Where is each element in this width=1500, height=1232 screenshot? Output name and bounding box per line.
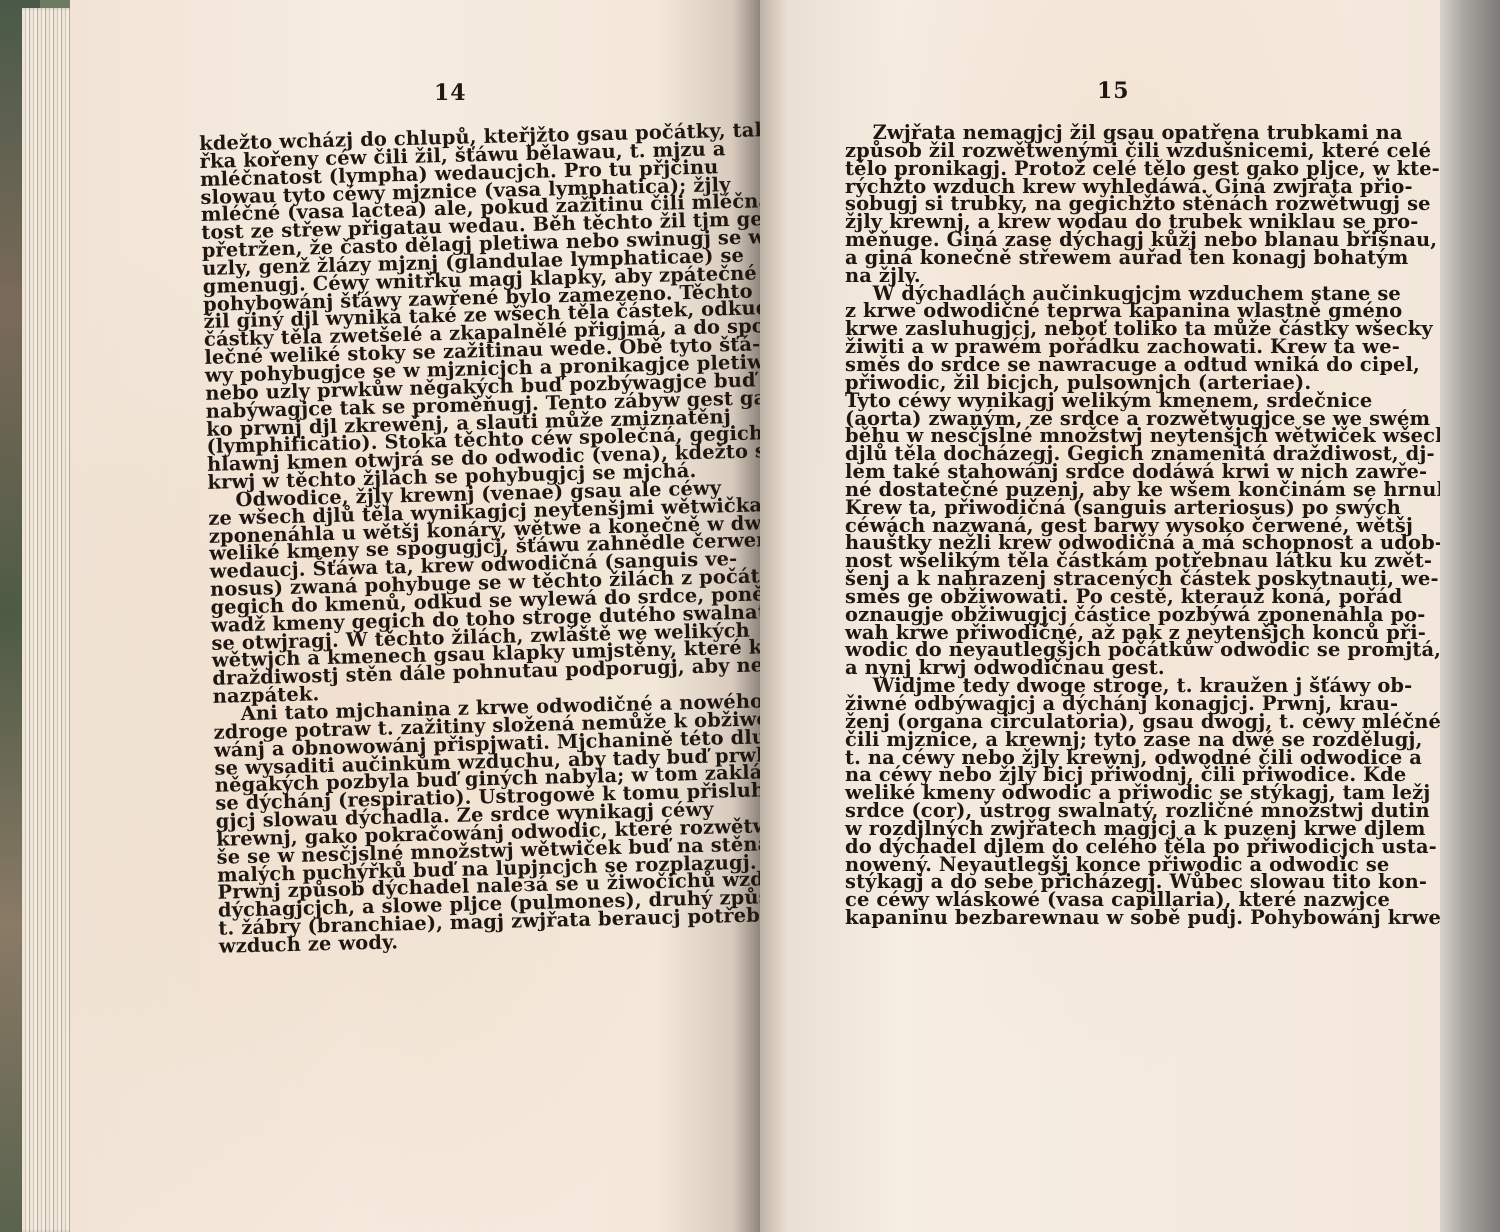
text-line: kapaninu bezbarewnau w sobě pudj. Pohybo…: [845, 909, 1464, 927]
page-body-text: Zwjřata nemagjcj žil gsau opatřena trubk…: [845, 124, 1464, 927]
page-stack-edges: [22, 8, 74, 1232]
left-page: 14 kdežto wcházj do chlupů, kteřjžto gsa…: [70, 0, 760, 1232]
right-page: 15 Zwjřata nemagjcj žil gsau opatřena tr…: [760, 0, 1440, 1232]
text-line: a giná konečně střewem auřad ten konagj …: [845, 249, 1464, 267]
page-body-text: kdežto wcházj do chlupů, kteřjžto gsau p…: [199, 120, 815, 955]
book-right-edge-shadow: [1440, 0, 1500, 1232]
page-number: 15: [1097, 78, 1130, 104]
page-number: 14: [434, 80, 467, 106]
